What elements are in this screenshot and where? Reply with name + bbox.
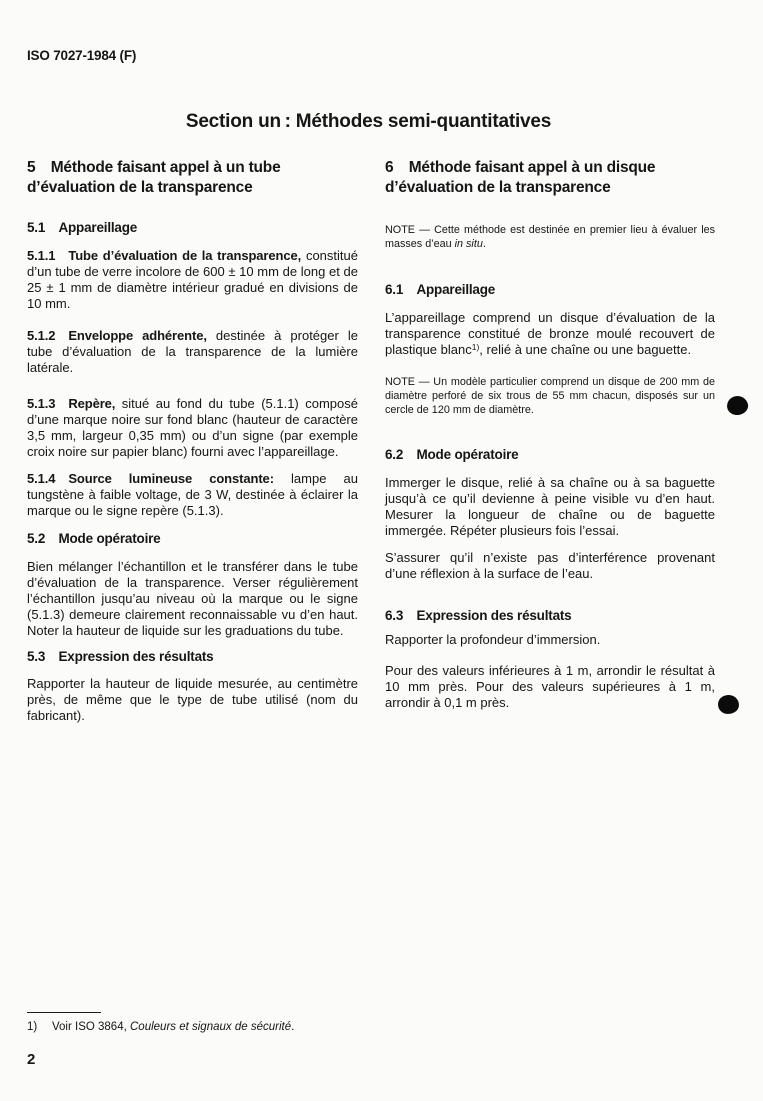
footnote-text: Voir ISO 3864, (52, 1021, 130, 1033)
subclause-6-1-heading: 6.1 Appareillage (385, 282, 715, 298)
subclause-5-3-heading: 5.3 Expression des résultats (27, 649, 358, 665)
para-5-1-3: 5.1.3 Repère, situé au fond du tube (5.1… (27, 396, 358, 460)
note-6-end: . (483, 238, 486, 250)
para-5-1-2: 5.1.2 Enveloppe adhérente, destinée à pr… (27, 328, 358, 376)
para-5-3: Rapporter la hauteur de liquide mesurée,… (27, 676, 358, 724)
footnote: 1)Voir ISO 3864, Couleurs et signaux de … (27, 1020, 447, 1034)
subclause-6-2-heading: 6.2 Mode opératoire (385, 447, 715, 463)
para-6-3-1: Rapporter la profondeur d’immersion. (385, 632, 715, 648)
para-6-2-1: Immerger le disque, relié à sa chaîne ou… (385, 475, 715, 539)
ink-dot-artifact (726, 394, 750, 416)
clause-5-heading: 5 Méthode faisant appel à un tube d’éval… (27, 158, 358, 198)
left-column: 5 Méthode faisant appel à un tube d’éval… (27, 158, 358, 724)
clause-6-heading: 6 Méthode faisant appel à un disque d’év… (385, 158, 715, 198)
note-6-italic: in situ (455, 238, 483, 250)
document-page: ISO 7027-1984 (F) Section un : Méthodes … (0, 0, 763, 1101)
para-6-1-text-b: , relié à une chaîne ou une baguette. (479, 342, 691, 357)
para-5-1-3-term: 5.1.3 Repère, (27, 396, 115, 411)
doc-reference: ISO 7027-1984 (F) (27, 48, 136, 63)
subclause-5-2-heading: 5.2 Mode opératoire (27, 531, 358, 547)
footnote-divider (27, 1012, 101, 1013)
para-6-2-2: S’assurer qu’il n’existe pas d’interfére… (385, 550, 715, 582)
para-5-1-4-term: 5.1.4 Source lumineuse constante: (27, 471, 274, 486)
note-6-1: NOTE — Un modèle particulier comprend un… (385, 375, 715, 417)
para-6-1: L’appareillage comprend un disque d’éval… (385, 310, 715, 358)
subclause-6-3-heading: 6.3 Expression des résultats (385, 608, 715, 624)
para-5-1-1-term: 5.1.1 Tube d’évaluation de la transparen… (27, 248, 301, 263)
page-number: 2 (27, 1051, 35, 1068)
note-6: NOTE — Cette méthode est destinée en pre… (385, 223, 715, 251)
right-column: 6 Méthode faisant appel à un disque d’év… (385, 158, 715, 711)
para-5-2: Bien mélanger l’échantillon et le transf… (27, 559, 358, 639)
ink-dot-artifact (717, 694, 740, 715)
footnote-end: . (291, 1021, 294, 1033)
footnote-marker: 1) (27, 1020, 52, 1034)
note-6-text: NOTE — Cette méthode est destinée en pre… (385, 224, 715, 250)
footnote-italic-title: Couleurs et signaux de sécurité (130, 1021, 291, 1033)
para-6-3-2: Pour des valeurs inférieures à 1 m, arro… (385, 663, 715, 711)
section-title: Section un : Méthodes semi-quantitatives (0, 111, 737, 133)
subclause-5-1-heading: 5.1 Appareillage (27, 220, 358, 236)
para-5-1-4: 5.1.4 Source lumineuse constante: lampe … (27, 471, 358, 519)
para-5-1-2-term: 5.1.2 Enveloppe adhérente, (27, 328, 207, 343)
para-5-1-1: 5.1.1 Tube d’évaluation de la transparen… (27, 248, 358, 312)
